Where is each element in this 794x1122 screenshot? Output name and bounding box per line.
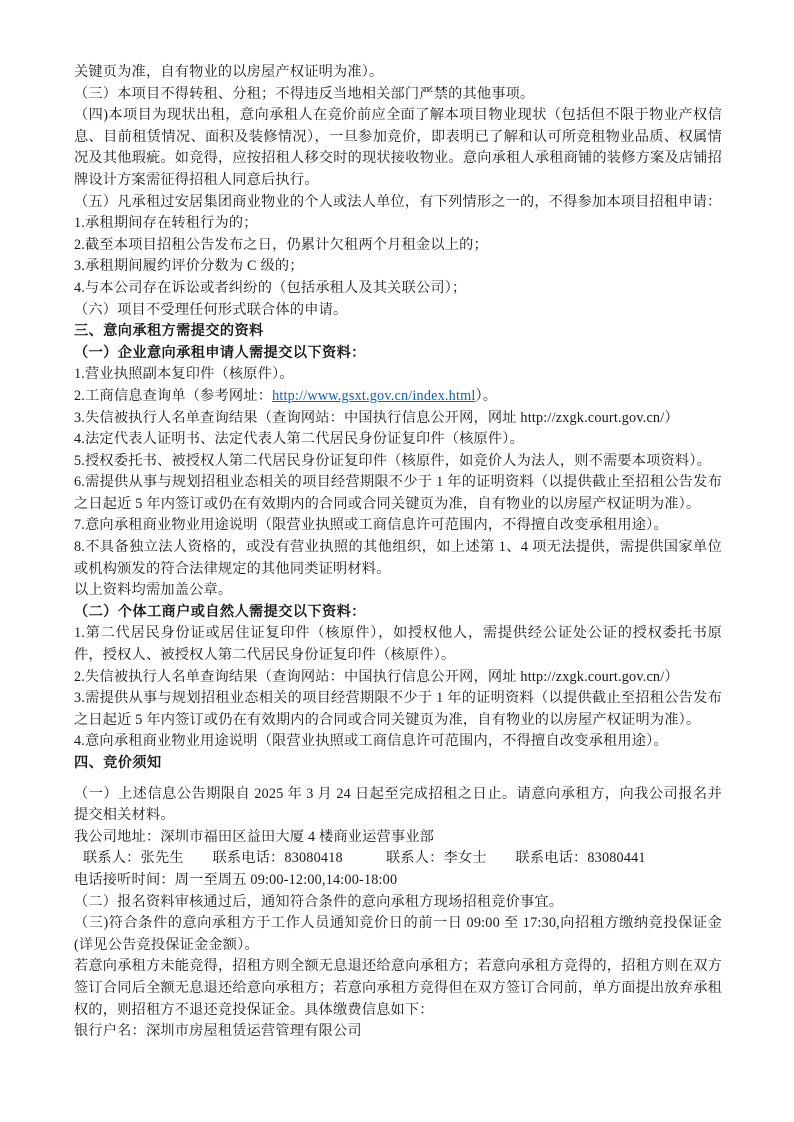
text-run: （一）上述信息公告期限自 2025 年 3 月 24 日起至完成招租之日止。请意… bbox=[74, 786, 722, 824]
bidding-clause-3: （三)符合条件的意向承租方于工作人员通知竞价日的前一日 09:00 至 17:3… bbox=[74, 913, 722, 956]
seal-note: 以上资料均需加盖公章。 bbox=[74, 580, 722, 602]
text-run: 4.法定代表人证明书、法定代表人第二代居民身份证复印件（核原件）。 bbox=[74, 431, 524, 447]
text-run: （二）报名资料审核通过后，通知符合条件的意向承租方现场招租竞价事宜。 bbox=[74, 894, 563, 910]
bidding-clause-1: （一）上述信息公告期限自 2025 年 3 月 24 日起至完成招租之日止。请意… bbox=[74, 784, 722, 827]
text-run: （一）企业意向承租申请人需提交以下资料： bbox=[74, 345, 366, 361]
text-run: （四)本项目为现状出租，意向承租人在竞价前应全面了解本项目物业现状（包括但不限于… bbox=[74, 107, 722, 188]
text-run: 2.截至本项目招租公告发布之日，仍累计欠租两个月租金以上的； bbox=[74, 237, 488, 253]
clause-3: （三）本项目不得转租、分租；不得违反当地相关部门严禁的其他事项。 bbox=[74, 84, 722, 106]
clause-5-item-1: 1.承租期间存在转租行为的； bbox=[74, 213, 722, 235]
text-run: 银行户名：深圳市房屋租赁运营管理有限公司 bbox=[74, 1023, 362, 1039]
text-run: 1.营业执照副本复印件（核原件）。 bbox=[74, 366, 294, 382]
clause-5: （五）凡承租过安居集团商业物业的个人或法人单位，有下列情形之一的，不得参加本项目… bbox=[74, 192, 722, 214]
clause-2-continuation: 关键页为准，自有物业的以房屋产权证明为准）。 bbox=[74, 62, 722, 84]
subsection-3-1-heading: （一）企业意向承租申请人需提交以下资料： bbox=[74, 343, 722, 365]
text-run: 四、竞价须知 bbox=[74, 755, 162, 771]
subsection-3-2-heading: （二）个体工商户或自然人需提交以下资料： bbox=[74, 602, 722, 624]
text-run: （五）凡承租过安居集团商业物业的个人或法人单位，有下列情形之一的，不得参加本项目… bbox=[74, 194, 721, 210]
individual-item-2: 2.失信被执行人名单查询结果（查询网站：中国执行信息公开网，网址 http://… bbox=[74, 667, 722, 689]
company-address: 我公司地址：深圳市福田区益田大厦 4 楼商业运营事业部 bbox=[74, 827, 722, 849]
text-run: 3.承租期间履约评价分数为 C 级的； bbox=[74, 258, 304, 274]
document-page: 关键页为准，自有物业的以房屋产权证明为准）。（三）本项目不得转租、分租；不得违反… bbox=[0, 0, 794, 1122]
text-run: （三）本项目不得转租、分租；不得违反当地相关部门严禁的其他事项。 bbox=[74, 86, 534, 102]
phone-hours: 电话接听时间：周一至周五 09:00-12:00,14:00-18:00 bbox=[74, 870, 722, 892]
enterprise-item-7: 7.意向承租商业物业用途说明（限营业执照或工商信息许可范围内，不得擅自改变承租用… bbox=[74, 515, 722, 537]
enterprise-item-3: 3.失信被执行人名单查询结果（查询网站：中国执行信息公开网，网址 http://… bbox=[74, 408, 722, 430]
deposit-refund-terms: 若意向承租方未能竞得，招租方则全额无息退还给意向承租方；若意向承租方竞得的，招租… bbox=[74, 956, 722, 1021]
text-run: 关键页为准，自有物业的以房屋产权证明为准）。 bbox=[74, 64, 383, 80]
text-run: 8.不具备独立法人资格的，或没有营业执照的其他组织，如上述第 1、4 项无法提供… bbox=[74, 539, 722, 577]
text-run: 联系人：张先生 联系电话：83080418 联系人：李女士 联系电话：83080… bbox=[83, 850, 646, 866]
text-run: 1.承租期间存在转租行为的； bbox=[74, 215, 258, 231]
text-run: 3.失信被执行人名单查询结果（查询网站：中国执行信息公开网，网址 http://… bbox=[74, 410, 679, 426]
text-run: （三)符合条件的意向承租方于工作人员通知竞价日的前一日 09:00 至 17:3… bbox=[74, 915, 722, 953]
text-run: 2.工商信息查询单（参考网址： bbox=[74, 388, 272, 404]
text-run: 若意向承租方未能竞得，招租方则全额无息退还给意向承租方；若意向承租方竞得的，招租… bbox=[74, 958, 722, 1017]
bank-account-name: 银行户名：深圳市房屋租赁运营管理有限公司 bbox=[74, 1021, 722, 1043]
text-run: 2.失信被执行人名单查询结果（查询网站：中国执行信息公开网，网址 http://… bbox=[74, 669, 679, 685]
individual-item-1: 1.第二代居民身份证或居住证复印件（核原件），如授权他人，需提供经公证处公证的授… bbox=[74, 623, 722, 666]
individual-item-4: 4.意向承租商业物业用途说明（限营业执照或工商信息许可范围内，不得擅自改变承租用… bbox=[74, 731, 722, 753]
enterprise-item-2: 2.工商信息查询单（参考网址：http://www.gsxt.gov.cn/in… bbox=[74, 386, 722, 408]
text-run: 电话接听时间：周一至周五 09:00-12:00,14:00-18:00 bbox=[74, 872, 397, 888]
text-run: 6.需提供从事与规划招租业态相关的项目经营期限不少于 1 年的证明资料（以提供截… bbox=[74, 474, 722, 512]
contacts-line: 联系人：张先生 联系电话：83080418 联系人：李女士 联系电话：83080… bbox=[74, 848, 722, 870]
hyperlink[interactable]: http://www.gsxt.gov.cn/index.html bbox=[272, 388, 475, 404]
enterprise-item-6: 6.需提供从事与规划招租业态相关的项目经营期限不少于 1 年的证明资料（以提供截… bbox=[74, 472, 722, 515]
bidding-clause-2: （二）报名资料审核通过后，通知符合条件的意向承租方现场招租竞价事宜。 bbox=[74, 892, 722, 914]
clause-6: （六）项目不受理任何形式联合体的申请。 bbox=[74, 300, 722, 322]
text-run: 7.意向承租商业物业用途说明（限营业执照或工商信息许可范围内，不得擅自改变承租用… bbox=[74, 517, 668, 533]
clause-5-item-3: 3.承租期间履约评价分数为 C 级的； bbox=[74, 256, 722, 278]
text-run: 4.意向承租商业物业用途说明（限营业执照或工商信息许可范围内，不得擅自改变承租用… bbox=[74, 733, 668, 749]
text-run: 1.第二代居民身份证或居住证复印件（核原件），如授权他人，需提供经公证处公证的授… bbox=[74, 625, 722, 663]
clause-4: （四)本项目为现状出租，意向承租人在竞价前应全面了解本项目物业现状（包括但不限于… bbox=[74, 105, 722, 191]
text-run: （二）个体工商户或自然人需提交以下资料： bbox=[74, 604, 366, 620]
text-run: （六）项目不受理任何形式联合体的申请。 bbox=[74, 302, 347, 318]
enterprise-item-5: 5.授权委托书、被授权人第二代居民身份证复印件（核原件，如竞价人为法人，则不需要… bbox=[74, 451, 722, 473]
text-run: 以上资料均需加盖公章。 bbox=[74, 582, 232, 598]
text-run: 5.授权委托书、被授权人第二代居民身份证复印件（核原件，如竞价人为法人，则不需要… bbox=[74, 453, 711, 469]
section-4-heading: 四、竞价须知 bbox=[74, 753, 722, 775]
text-run: 4.与本公司存在诉讼或者纠纷的（包括承租人及其关联公司）； bbox=[74, 280, 466, 296]
document-body: 关键页为准，自有物业的以房屋产权证明为准）。（三）本项目不得转租、分租；不得违反… bbox=[74, 62, 722, 1043]
individual-item-3: 3.需提供从事与规划招租业态相关的项目经营期限不少于 1 年的证明资料（以提供截… bbox=[74, 688, 722, 731]
enterprise-item-4: 4.法定代表人证明书、法定代表人第二代居民身份证复印件（核原件）。 bbox=[74, 429, 722, 451]
enterprise-item-1: 1.营业执照副本复印件（核原件）。 bbox=[74, 364, 722, 386]
text-run: ）。 bbox=[475, 388, 497, 404]
text-run: 3.需提供从事与规划招租业态相关的项目经营期限不少于 1 年的证明资料（以提供截… bbox=[74, 690, 722, 728]
text-run: 我公司地址：深圳市福田区益田大厦 4 楼商业运营事业部 bbox=[74, 829, 434, 845]
section-3-heading: 三、意向承租方需提交的资料 bbox=[74, 321, 722, 343]
clause-5-item-2: 2.截至本项目招租公告发布之日，仍累计欠租两个月租金以上的； bbox=[74, 235, 722, 257]
text-run: 三、意向承租方需提交的资料 bbox=[74, 323, 264, 339]
enterprise-item-8: 8.不具备独立法人资格的，或没有营业执照的其他组织，如上述第 1、4 项无法提供… bbox=[74, 537, 722, 580]
clause-5-item-4: 4.与本公司存在诉讼或者纠纷的（包括承租人及其关联公司）； bbox=[74, 278, 722, 300]
